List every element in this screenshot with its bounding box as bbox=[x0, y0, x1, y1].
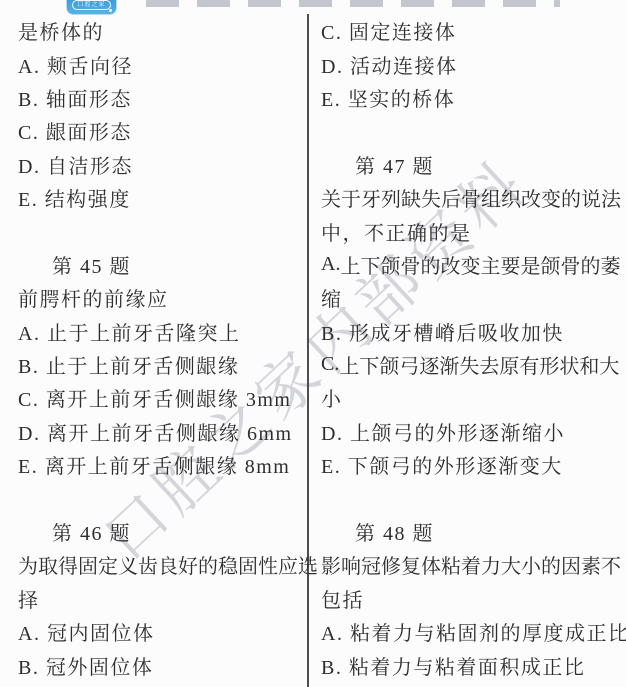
text-line: D. 上颌弓的外形逐渐缩小 bbox=[321, 415, 611, 448]
question-number: 第 45 题 bbox=[18, 248, 297, 281]
text-line: C. 龈面形态 bbox=[18, 114, 297, 147]
text-line: 小 bbox=[321, 381, 611, 414]
text-line: D. 离开上前牙舌侧龈缘 6mm bbox=[18, 415, 297, 448]
text-line: B. 轴面形态 bbox=[18, 81, 297, 114]
right-column: C. 固定连接体D. 活动连接体E. 坚实的桥体第 47 题关于牙列缺失后骨组织… bbox=[321, 14, 611, 682]
text-line: E. 坚实的桥体 bbox=[321, 81, 611, 114]
text-line: C. 固定连接体 bbox=[321, 14, 611, 47]
text-line: 缩 bbox=[321, 281, 611, 314]
column-divider bbox=[307, 14, 309, 687]
text-line: 影响冠修复体粘着力大小的因素不 bbox=[321, 548, 611, 581]
text-line: A. 颊舌向径 bbox=[18, 47, 297, 80]
text-line: B. 形成牙槽嵴后吸收加快 bbox=[321, 315, 611, 348]
text-line: 前腭杆的前缘应 bbox=[18, 281, 297, 314]
text-line: A. 冠内固位体 bbox=[18, 615, 297, 648]
text-line: 为取得固定义齿良好的稳固性应选 bbox=[18, 548, 297, 581]
text-line: A. 粘着力与粘固剂的厚度成正比 bbox=[321, 615, 611, 648]
text-line: B. 止于上前牙舌侧龈缘 bbox=[18, 348, 297, 381]
question-number: 第 47 题 bbox=[321, 148, 611, 181]
text-line: E. 下颌弓的外形逐渐变大 bbox=[321, 448, 611, 481]
question-number: 第 48 题 bbox=[321, 515, 611, 548]
brand-logo-text: 口腔之家 bbox=[72, 0, 110, 10]
text-line: C.上下颌弓逐渐失去原有形状和大 bbox=[321, 348, 611, 381]
text-line: D. 活动连接体 bbox=[321, 47, 611, 80]
text-line: 择 bbox=[18, 582, 297, 615]
truncated-header-text bbox=[146, 0, 560, 7]
text-line: A.上下颌骨的改变主要是颌骨的萎 bbox=[321, 248, 611, 281]
exam-page: 口腔之家 口腔之家内部资料 是桥体的A. 颊舌向径B. 轴面形态C. 龈面形态D… bbox=[0, 0, 626, 687]
text-line: E. 离开上前牙舌侧龈缘 8mm bbox=[18, 448, 297, 481]
text-line: 关于牙列缺失后骨组织改变的说法 bbox=[321, 181, 611, 214]
text-line: 中，不正确的是 bbox=[321, 214, 611, 247]
text-line: A. 止于上前牙舌隆突上 bbox=[18, 315, 297, 348]
text-line: 是桥体的 bbox=[18, 14, 297, 47]
text-line: 包括 bbox=[321, 582, 611, 615]
text-line: B. 冠外固位体 bbox=[18, 648, 297, 681]
logo-dot-icon bbox=[109, 9, 112, 12]
text-line: E. 结构强度 bbox=[18, 181, 297, 214]
text-line: D. 自洁形态 bbox=[18, 148, 297, 181]
left-column: 是桥体的A. 颊舌向径B. 轴面形态C. 龈面形态D. 自洁形态E. 结构强度第… bbox=[18, 14, 297, 682]
text-line: B. 粘着力与粘着面积成正比 bbox=[321, 648, 611, 681]
question-number: 第 46 题 bbox=[18, 515, 297, 548]
text-line: C. 离开上前牙舌侧龈缘 3mm bbox=[18, 381, 297, 414]
brand-logo-badge: 口腔之家 bbox=[67, 0, 116, 14]
